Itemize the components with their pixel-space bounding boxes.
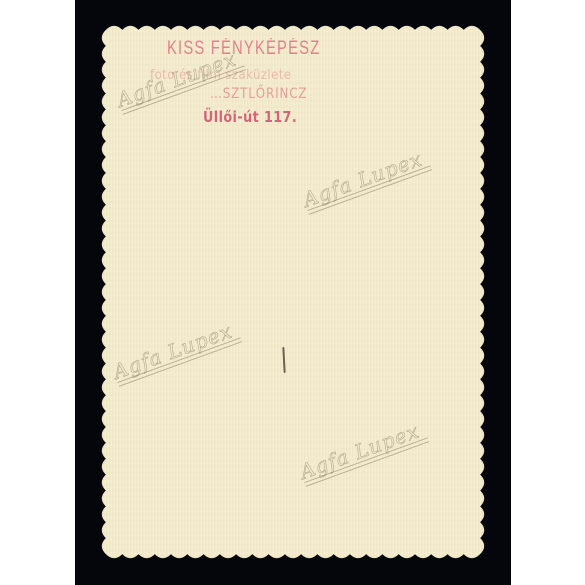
- deckle-edge-card: [0, 0, 585, 585]
- photo-card-back: KISS FÉNYKÉPÉSZ foto és film szaküzlete …: [0, 0, 585, 585]
